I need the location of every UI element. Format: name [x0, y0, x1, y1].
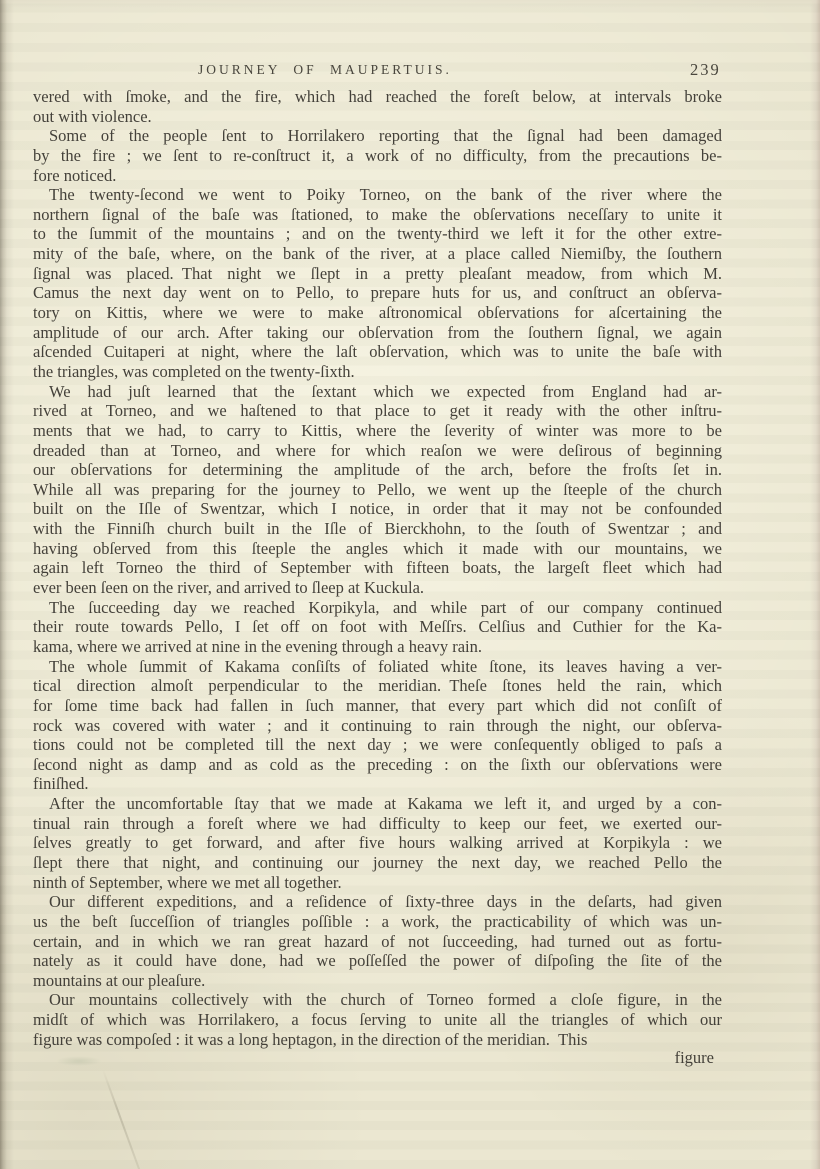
text-line: fore noticed. — [33, 166, 722, 186]
text-line: After the uncomfortable ſtay that we mad… — [33, 794, 722, 814]
text-line: While all was preparing for the journey … — [33, 480, 722, 500]
text-line: tory on Kittis, where we were to make aſ… — [33, 303, 722, 323]
paper-crease — [102, 1070, 141, 1169]
text-line: ſelves greatly to get forward, and after… — [33, 833, 722, 853]
text-line: kama, where we arrived at nine in the ev… — [33, 637, 722, 657]
text-line: Our mountains collectively with the chur… — [33, 990, 722, 1010]
running-title: JOURNEY OF MAUPERTUIS. — [198, 62, 452, 78]
text-line: the triangles, was completed on the twen… — [33, 362, 722, 382]
text-line: tinual rain through a foreſt where we ha… — [33, 814, 722, 834]
text-line: certain, and in which we ran great hazar… — [33, 932, 722, 952]
text-line: ſlept there that night, and continuing o… — [33, 853, 722, 873]
text-line: mountains at our pleaſure. — [33, 971, 722, 991]
text-line: with the Finniſh church built in the Iſl… — [33, 519, 722, 539]
text-line: Some of the people ſent to Horrilakero r… — [33, 126, 722, 146]
text-line: built on the Iſle of Swentzar, which I n… — [33, 499, 722, 519]
page-header: JOURNEY OF MAUPERTUIS. 239 — [0, 60, 820, 84]
text-line: again left Torneo the third of September… — [33, 558, 722, 578]
text-line: ſignal was placed. That night we ſlept i… — [33, 264, 722, 284]
text-line: Our different expeditions, and a reſiden… — [33, 892, 722, 912]
text-line: The whole ſummit of Kakama conſiſts of f… — [33, 657, 722, 677]
text-line: ments that we had, to carry to Kittis, w… — [33, 421, 722, 441]
text-line: figure was compoſed : it was a long hept… — [33, 1030, 722, 1050]
text-line: aſcended Cuitaperi at night, where the l… — [33, 342, 722, 362]
text-line: mity of the baſe, where, on the bank of … — [33, 244, 722, 264]
text-line: dreaded than at Torneo, and where for wh… — [33, 441, 722, 461]
text-line: We had juſt learned that the ſextant whi… — [33, 382, 722, 402]
text-line: rived at Torneo, and we haſtened to that… — [33, 401, 722, 421]
catchword: figure — [675, 1048, 714, 1067]
text-line: our obſervations for determining the amp… — [33, 460, 722, 480]
text-line: out with violence. — [33, 107, 722, 127]
text-line: The ſucceeding day we reached Korpikyla,… — [33, 598, 722, 618]
text-block: vered with ſmoke, and the fire, which ha… — [33, 87, 722, 1049]
text-line: northern ſignal of the baſe was ſtatione… — [33, 205, 722, 225]
text-line: us the beſt ſucceſſion of triangles poſſ… — [33, 912, 722, 932]
text-line: to the ſummit of the mountains ; and on … — [33, 224, 722, 244]
text-line: rock was covered with water ; and it con… — [33, 716, 722, 736]
text-line: tions could not be completed till the ne… — [33, 735, 722, 755]
ink-smudge — [56, 1056, 102, 1066]
text-line: Camus the next day went on to Pello, to … — [33, 283, 722, 303]
text-line: by the fire ; we ſent to re-conſtruct it… — [33, 146, 722, 166]
page-number: 239 — [690, 60, 721, 80]
text-line: ever been ſeen on the river, and arrived… — [33, 578, 722, 598]
book-page: JOURNEY OF MAUPERTUIS. 239 vered with ſm… — [0, 0, 820, 1169]
text-line: ſecond night as damp and as cold as the … — [33, 755, 722, 775]
text-line: finiſhed. — [33, 774, 722, 794]
text-line: midſt of which was Horrilakero, a focus … — [33, 1010, 722, 1030]
text-line: The twenty-ſecond we went to Poiky Torne… — [33, 185, 722, 205]
text-line: their route towards Pello, I ſet off on … — [33, 617, 722, 637]
text-line: amplitude of our arch. After taking our … — [33, 323, 722, 343]
text-line: vered with ſmoke, and the fire, which ha… — [33, 87, 722, 107]
catchword-row: figure — [33, 1048, 722, 1068]
text-line: ninth of September, where we met all tog… — [33, 873, 722, 893]
text-line: having obſerved from this ſteeple the an… — [33, 539, 722, 559]
text-line: for ſome time back had fallen in ſuch ma… — [33, 696, 722, 716]
text-line: nately as it could have done, had we poſ… — [33, 951, 722, 971]
text-line: tical direction almoſt perpendicular to … — [33, 676, 722, 696]
